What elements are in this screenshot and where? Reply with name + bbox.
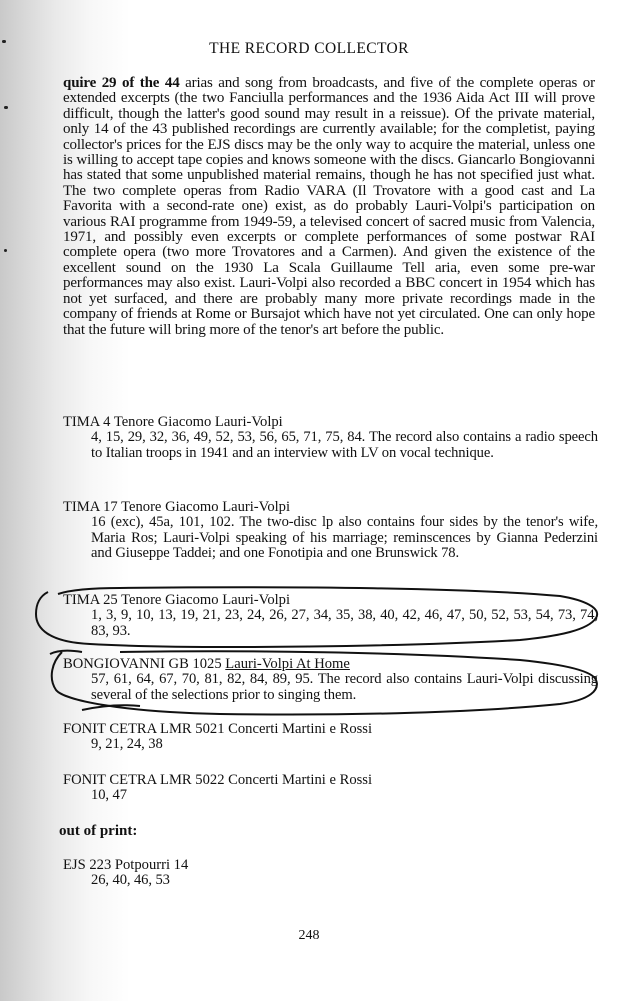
discography-entry: FONIT CETRA LMR 5021 Concerti Martini e … (63, 722, 598, 753)
entry-contents: 57, 61, 64, 67, 70, 81, 82, 84, 89, 95. … (63, 672, 598, 703)
entry-label: BONGIOVANNI GB 1025 (63, 656, 225, 672)
discography-entry-circled: TIMA 25 Tenore Giacomo Lauri-Volpi 1, 3,… (63, 593, 598, 639)
entry-title: TIMA 4 Tenore Giacomo Lauri-Volpi (63, 415, 598, 430)
entry-contents: 16 (exc), 45a, 101, 102. The two-disc lp… (63, 515, 598, 561)
page-number: 248 (0, 928, 618, 944)
entry-contents: 26, 40, 46, 53 (63, 873, 598, 888)
entry-title: FONIT CETRA LMR 5021 Concerti Martini e … (63, 722, 598, 737)
out-of-print-entry: EJS 223 Potpourri 14 26, 40, 46, 53 (63, 858, 598, 889)
discography-entry: TIMA 4 Tenore Giacomo Lauri-Volpi 4, 15,… (63, 415, 598, 461)
entry-contents: 9, 21, 24, 38 (63, 737, 598, 752)
scanned-page: THE RECORD COLLECTOR quire 29 of the 44 … (0, 0, 618, 1001)
entry-contents: 4, 15, 29, 32, 36, 49, 52, 53, 56, 65, 7… (63, 430, 598, 461)
body-lead: quire 29 of the 44 (63, 75, 180, 91)
scan-speck (4, 249, 7, 252)
entry-title: TIMA 17 Tenore Giacomo Lauri-Volpi (63, 500, 598, 515)
entry-contents: 10, 47 (63, 788, 598, 803)
out-of-print-heading: out of print: (59, 823, 137, 840)
scan-speck (4, 106, 8, 109)
entry-title: FONIT CETRA LMR 5022 Concerti Martini e … (63, 773, 598, 788)
entry-underlined-title: Lauri-Volpi At Home (225, 656, 350, 672)
running-header: THE RECORD COLLECTOR (0, 40, 618, 58)
discography-entry: TIMA 17 Tenore Giacomo Lauri-Volpi 16 (e… (63, 500, 598, 561)
body-paragraph: quire 29 of the 44 arias and song from b… (63, 76, 595, 338)
entry-title: TIMA 25 Tenore Giacomo Lauri-Volpi (63, 593, 598, 608)
entry-title: BONGIOVANNI GB 1025 Lauri-Volpi At Home (63, 657, 598, 672)
entry-title: EJS 223 Potpourri 14 (63, 858, 598, 873)
body-text: arias and song from broadcasts, and five… (63, 75, 595, 338)
discography-entry-circled: BONGIOVANNI GB 1025 Lauri-Volpi At Home … (63, 657, 598, 703)
discography-entry: FONIT CETRA LMR 5022 Concerti Martini e … (63, 773, 598, 804)
entry-contents: 1, 3, 9, 10, 13, 19, 21, 23, 24, 26, 27,… (63, 608, 598, 639)
